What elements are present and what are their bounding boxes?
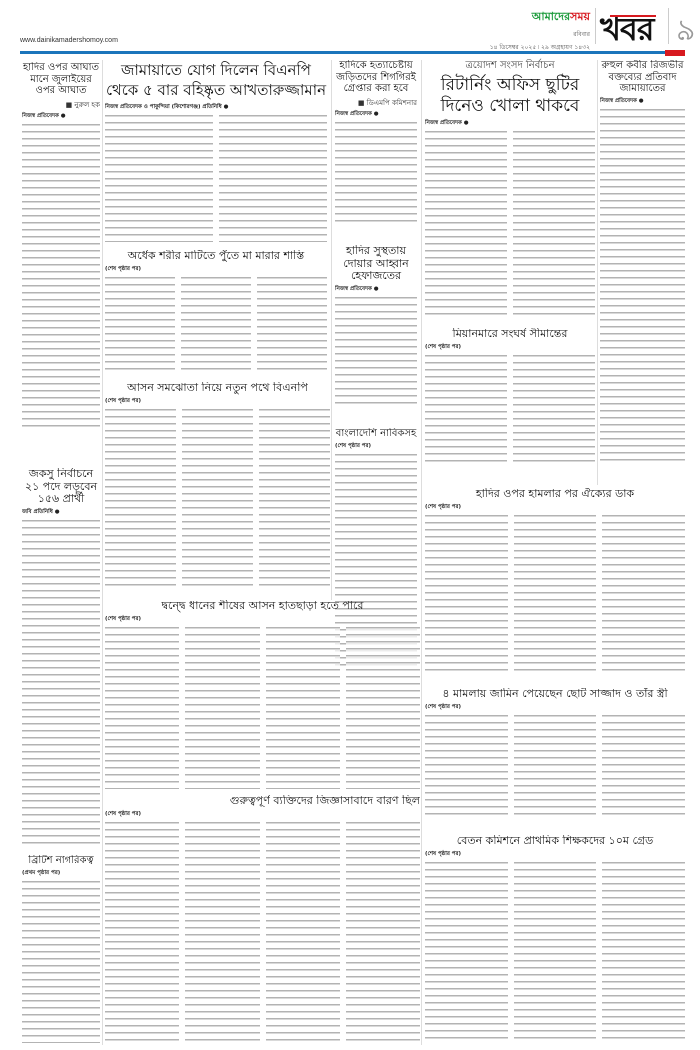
article-myanmar-border[interactable]: মিয়ানমারে সংঘর্ষ সীমান্তের (শেষ পৃষ্ঠার…: [425, 328, 595, 468]
article-returning-office[interactable]: ত্রয়োদশ সংসদ নির্বাচন রিটার্নিং অফিস ছু…: [425, 58, 595, 323]
article-body: [22, 517, 100, 847]
article-body-col: [514, 712, 597, 817]
dateline: নিজস্ব প্রতিবেদক ●: [600, 98, 685, 106]
dateline: নিজস্ব প্রতিবেদক ●: [425, 120, 595, 128]
headline[interactable]: ৪ মামলায় জামিন পেয়েছেন ছোট সাজ্জাদ ও ত…: [425, 688, 685, 701]
article-body-col: [257, 274, 327, 374]
article-body: [335, 119, 417, 224]
headline[interactable]: হাদির ওপর হামলার পর ঐক্যের ডাক: [425, 488, 685, 501]
article-body: [22, 121, 100, 431]
dateline: জবি প্রতিনিধি ●: [22, 509, 100, 517]
issue-day: রবিবার: [450, 29, 590, 40]
section-underline: [610, 15, 656, 17]
dateline: (শেষ পৃষ্ঠার পর): [425, 704, 685, 712]
dateline: (শেষ পৃষ্ঠার পর): [425, 851, 685, 859]
headline[interactable]: জকসু নির্বাচনে ২১ পদে লড়বেন ১৫৬ প্রার্থ…: [22, 468, 100, 506]
section-title: খবর: [600, 4, 653, 58]
dateline: নিজস্ব প্রতিবেদক ●: [335, 286, 417, 294]
column-rule: [102, 60, 103, 1045]
article-body-col: [425, 712, 508, 817]
headline[interactable]: হাদির সুস্থতায় দোয়ার আহ্বান হেফাজতের: [335, 245, 417, 283]
site-url[interactable]: www.dainikamadershomoy.com: [20, 37, 118, 44]
article-body-col: [105, 819, 179, 1044]
article-body-col: [425, 352, 507, 467]
article-body: [22, 878, 100, 1043]
dateline: নিজস্ব প্রতিবেদক ●: [22, 113, 100, 121]
dateline: নিজস্ব প্রতিবেদক ●: [335, 111, 417, 119]
headline[interactable]: মিয়ানমারে সংঘর্ষ সীমান্তের: [425, 328, 595, 341]
article-body-col: [185, 624, 259, 789]
dateline: (শেষ পৃষ্ঠার পর): [335, 443, 417, 451]
headline[interactable]: রুহুল কবীর রিজভীর বক্তব্যের প্রতিবাদ জাম…: [600, 60, 685, 95]
article-body-col: [602, 712, 685, 817]
article-rizvi-protest[interactable]: রুহুল কবীর রিজভীর বক্তব্যের প্রতিবাদ জাম…: [600, 60, 685, 470]
dateline: (শেষ পৃষ্ঠার পর): [105, 811, 420, 819]
article-body-col: [105, 274, 175, 374]
article-mother-punishment[interactable]: অর্ধেক শরীর মাটিতে পুঁতে মা মারার শাস্তি…: [105, 250, 327, 375]
article-body-col: [266, 624, 340, 789]
article-british-citizenship[interactable]: ব্রিটিশ নাগরিকত্ব (প্রথম পৃষ্ঠার পর): [22, 855, 100, 1045]
byline: ■ নুরুল হক: [22, 99, 100, 111]
byline: ■ ডিএমপি কমিশনার: [335, 97, 417, 109]
dateline: (শেষ পৃষ্ঠার পর): [105, 398, 330, 406]
article-jakasu-election[interactable]: জকসু নির্বাচনে ২১ পদে লড়বেন ১৫৬ প্রার্থ…: [22, 468, 100, 848]
article-body-col: [425, 128, 507, 318]
headline[interactable]: বেতন কমিশনে প্রাথমিক শিক্ষকদের ১০ম গ্রেড: [425, 835, 685, 848]
headline[interactable]: হাদিকে হত্যাচেষ্টায় জড়িতদের শিগগিরই গ্…: [335, 60, 417, 95]
headline[interactable]: জামায়াতে যোগ দিলেন বিএনপি থেকে ৫ বার বহ…: [105, 60, 327, 100]
headline[interactable]: অর্ধেক শরীর মাটিতে পুঁতে মা মারার শাস্তি: [105, 250, 327, 263]
article-body-col: [105, 624, 179, 789]
kicker: ত্রয়োদশ সংসদ নির্বাচন: [425, 58, 595, 75]
article-body-col: [105, 406, 176, 591]
headline[interactable]: রিটার্নিং অফিস ছুটির দিনেও খোলা থাকবে: [425, 75, 595, 117]
article-body-col: [182, 406, 253, 591]
article-dhan-sheaf-seat[interactable]: দ্বন্দ্বে ধানের শীষের আসন হাতছাড়া হতে প…: [105, 600, 420, 790]
headline[interactable]: হাদির ওপর আঘাত মানে জুলাইয়ের ওপর আঘাত: [22, 62, 100, 97]
article-akhtaruzzaman-jamaat[interactable]: জামায়াতে যোগ দিলেন বিএনপি থেকে ৫ বার বহ…: [105, 60, 327, 245]
dateline: (শেষ পৃষ্ঠার পর): [425, 504, 685, 512]
masthead: www.dainikamadershomoy.com আমাদেরসময় রব…: [0, 0, 700, 52]
article-body-col: [425, 512, 508, 672]
article-teachers-10th-grade[interactable]: বেতন কমিশনে প্রাথমিক শিক্ষকদের ১০ম গ্রেড…: [425, 835, 685, 1045]
article-body-col: [425, 859, 508, 1044]
article-hadi-attack-july[interactable]: হাদির ওপর আঘাত মানে জুলাইয়ের ওপর আঘাত ■…: [22, 62, 100, 437]
article-hadi-recovery-prayer[interactable]: হাদির সুস্থতায় দোয়ার আহ্বান হেফাজতের ন…: [335, 245, 417, 420]
article-bnp-seat-deal[interactable]: আসন সমঝোতা নিয়ে নতুন পথে বিএনপি (শেষ পৃ…: [105, 382, 330, 592]
article-body-col: [513, 128, 595, 318]
article-body-col: [602, 859, 685, 1044]
header-rule-accent: [665, 50, 685, 56]
newspaper-logo: আমাদেরসময়: [450, 8, 590, 27]
article-body-col: [185, 819, 259, 1044]
column-rule: [331, 60, 332, 600]
article-body-col: [219, 112, 327, 242]
headline[interactable]: বাংলাদেশি নাবিকসহ: [335, 428, 417, 440]
article-body-col: [514, 859, 597, 1044]
article-body-col: [259, 406, 330, 591]
article-body-col: [514, 512, 597, 672]
divider: [595, 8, 596, 44]
headline[interactable]: আসন সমঝোতা নিয়ে নতুন পথে বিএনপি: [105, 382, 330, 395]
article-body-col: [513, 352, 595, 467]
dateline: (প্রথম পৃষ্ঠার পর): [22, 870, 100, 878]
article-body-col: [181, 274, 251, 374]
divider: [668, 8, 669, 44]
column-rule: [597, 60, 598, 485]
article-body-col: [346, 819, 420, 1044]
headline[interactable]: দ্বন্দ্বে ধানের শীষের আসন হাতছাড়া হতে প…: [105, 600, 420, 613]
article-body-col: [602, 512, 685, 672]
dateline: (শেষ পৃষ্ঠার পর): [425, 344, 595, 352]
article-sajjad-bail[interactable]: ৪ মামলায় জামিন পেয়েছেন ছোট সাজ্জাদ ও ত…: [425, 688, 685, 818]
header-rule: [20, 51, 685, 54]
brand-block: আমাদেরসময় রবিবার ১৪ ডিসেম্বর ২০২৫ ৷ ২৯ …: [450, 8, 590, 53]
article-body-col: [346, 624, 420, 789]
article-vip-interrogation[interactable]: গুরুত্বপূর্ণ ব্যক্তিদের জিজ্ঞাসাবাদে বার…: [105, 795, 420, 1045]
headline[interactable]: গুরুত্বপূর্ণ ব্যক্তিদের জিজ্ঞাসাবাদে বার…: [105, 795, 420, 808]
article-body: [600, 106, 685, 466]
article-body-col: [266, 819, 340, 1044]
article-hadi-unity-call[interactable]: হাদির ওপর হামলার পর ঐক্যের ডাক (শেষ পৃষ্…: [425, 488, 685, 673]
article-body: [335, 294, 417, 404]
dateline: (শেষ পৃষ্ঠার পর): [105, 616, 420, 624]
headline[interactable]: ব্রিটিশ নাগরিকত্ব: [22, 855, 100, 867]
dateline: (শেষ পৃষ্ঠার পর): [105, 266, 327, 274]
article-hadi-arrest[interactable]: হাদিকে হত্যাচেষ্টায় জড়িতদের শিগগিরই গ্…: [335, 60, 417, 235]
dateline: নিজস্ব প্রতিবেদক ও পাকুন্দিয়া (কিশোরগঞ্…: [105, 104, 327, 112]
article-body-col: [105, 112, 213, 242]
column-rule: [421, 60, 422, 1045]
